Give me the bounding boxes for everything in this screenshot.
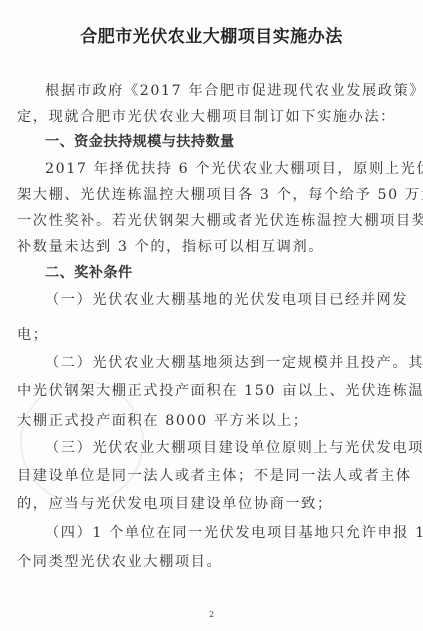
paragraph-line: 中光伏钢架大棚正式投产面积在 150 亩以上、光伏连栋温控 xyxy=(17,380,423,400)
paragraph-line: （三）光伏农业大棚项目建设单位原则上与光伏发电项 xyxy=(45,437,423,457)
document-title: 合肥市光伏农业大棚项目实施办法 xyxy=(0,22,423,47)
paragraph-line: 2017 年择优扶持 6 个光伏农业大棚项目，原则上光伏钢 xyxy=(45,158,423,178)
paragraph-line: 根据市政府《2017 年合肥市促进现代农业发展政策》规 xyxy=(45,80,423,100)
paragraph-line: 的，应当与光伏发电项目建设单位协商一致； xyxy=(17,493,333,513)
paragraph-line: （二）光伏农业大棚基地须达到一定规模并且投产。其 xyxy=(45,352,423,372)
paragraph-line: 个同类型光伏农业大棚项目。 xyxy=(17,551,222,571)
paragraph-line: 大棚正式投产面积在 8000 平方米以上； xyxy=(17,410,309,430)
paragraph-line: 一次性奖补。若光伏钢架大棚或者光伏连栋温控大棚项目奖 xyxy=(17,210,423,230)
paragraph-line: 定，现就合肥市光伏农业大棚项目制订如下实施办法： xyxy=(17,106,396,126)
paragraph-line: 目建设单位是同一法人或者主体；不是同一法人或者主体 xyxy=(17,465,412,485)
paragraph-line: 补数量未达到 3 个的，指标可以相互调剂。 xyxy=(17,236,324,256)
page-number: 2 xyxy=(0,610,423,619)
paragraph-line: （一）光伏农业大棚基地的光伏发电项目已经并网发 xyxy=(45,289,408,309)
paragraph-line: 电； xyxy=(17,324,49,344)
paragraph-line: 架大棚、光伏连栋温控大棚项目各 3 个，每个给予 50 万元 xyxy=(17,184,423,204)
section-heading: 一、资金扶持规模与扶持数量 xyxy=(45,131,235,151)
section-heading: 二、奖补条件 xyxy=(45,262,133,282)
paragraph-line: （四）1 个单位在同一光伏发电项目基地只允许申报 1 xyxy=(45,522,423,542)
document-page: 合肥市光伏农业大棚项目实施办法 根据市政府《2017 年合肥市促进现代农业发展政… xyxy=(0,0,423,631)
